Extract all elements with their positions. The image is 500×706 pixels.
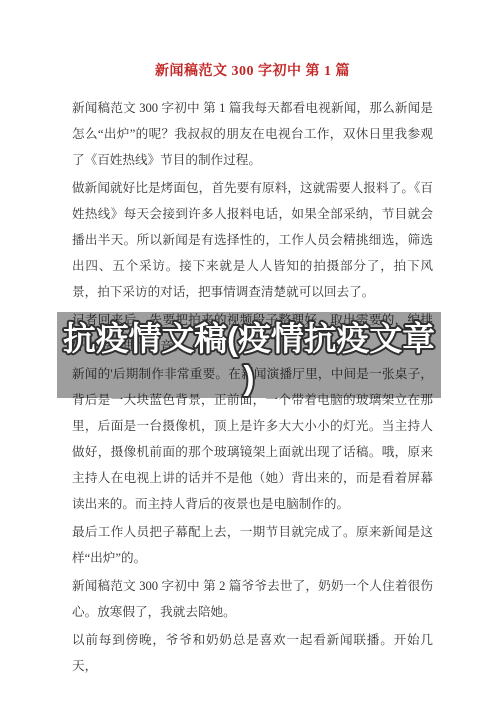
watermark-title: 抗疫情文稿(疫情抗疫文章 ) <box>57 309 441 403</box>
paragraph: 新闻稿范文 300 字初中 第 1 篇我每天都看电视新闻，那么新闻是怎么“出炉”… <box>72 95 433 173</box>
document-page: 新闻稿范文 300 字初中 第 1 篇 新闻稿范文 300 字初中 第 1 篇我… <box>0 0 500 706</box>
paragraph: 最后工作人员把子幕配上去，一期节目就完成了。原来新闻是这样“出炉”的。 <box>72 519 433 571</box>
paragraph: 做新闻就好比是烤面包，首先要有原料，这就需要人报料了。《百姓热线》每天会接到许多… <box>72 175 433 305</box>
watermark-line2: ) <box>244 359 255 396</box>
section-title: 新闻稿范文 300 字初中 第 1 篇 <box>72 62 433 81</box>
paragraph: 新闻稿范文 300 字初中 第 2 篇爷爷去世了，奶奶一个人住着很伤心。放寒假了… <box>72 573 433 625</box>
watermark-line1: 抗疫情文稿(疫情抗疫文章 <box>63 320 435 357</box>
paragraph: 以前每到傍晚，爷爷和奶奶总是喜欢一起看新闻联播。开始几天， <box>72 627 433 679</box>
